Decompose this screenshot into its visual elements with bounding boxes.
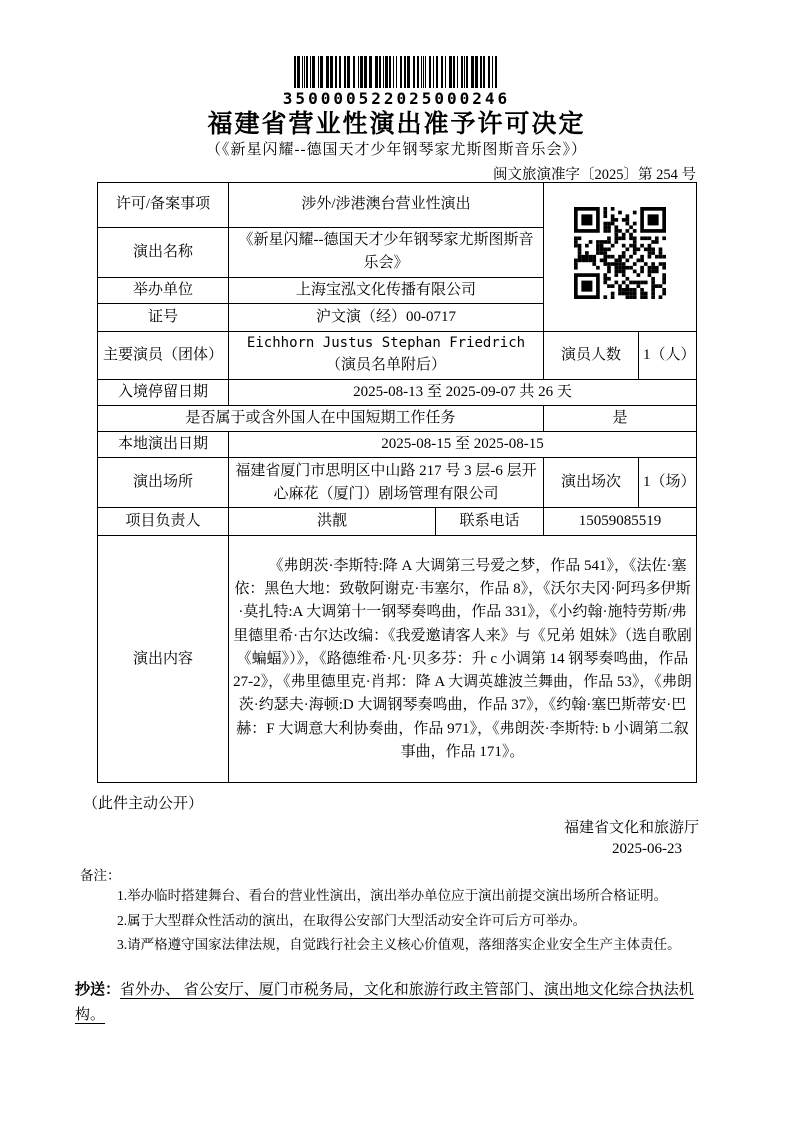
note-item: 3.请严格遵守国家法律法规，自觉践行社会主义核心价值观，落细落实企业安全生产主体… [117, 933, 717, 958]
phone-label: 联系电话 [436, 508, 544, 536]
permit-item-label: 许可/备案事项 [98, 183, 229, 228]
table-row: 主要演员（团体） Eichhorn Justus Stephan Friedri… [98, 331, 697, 379]
notes-list: 1.举办临时搭建舞台、看台的营业性演出，演出举办单位应于演出前提交演出场所合格证… [117, 884, 717, 958]
table-row: 演出内容 《弗朗茨·李斯特:降 A 大调第三号爱之梦，作品 541》，《法佐·塞… [98, 536, 697, 783]
table-row: 本地演出日期 2025-08-15 至 2025-08-15 [98, 432, 697, 458]
cert-no-value: 沪文演（经）00-0717 [229, 303, 544, 331]
qr-cell [544, 183, 697, 332]
barcode-image [292, 56, 502, 88]
main-performer-label: 主要演员（团体） [98, 331, 229, 379]
qr-code-image [574, 207, 666, 299]
entry-stay-label: 入境停留日期 [98, 379, 229, 405]
organizer-label: 举办单位 [98, 277, 229, 303]
cc-label: 抄送： [75, 982, 120, 998]
page-title: 福建省营业性演出准予许可决定 [0, 104, 793, 140]
permit-table: 许可/备案事项 涉外/涉港澳台营业性演出 演出名称 《新星闪耀--德国天才少年钢… [97, 182, 697, 783]
note-item: 1.举办临时搭建舞台、看台的营业性演出，演出举办单位应于演出前提交演出场所合格证… [117, 884, 717, 909]
short-term-work-label: 是否属于或含外国人在中国短期工作任务 [98, 405, 544, 431]
table-row: 演出场所 福建省厦门市思明区中山路 217 号 3 层-6 层开心麻花（厦门）剧… [98, 458, 697, 508]
entry-stay-value: 2025-08-13 至 2025-09-07 共 26 天 [229, 379, 697, 405]
performer-count-label: 演员人数 [544, 331, 639, 379]
performer-name: Eichhorn Justus Stephan Friedrich [233, 333, 539, 355]
cc-block: 抄送：省外办、 省公安厅、厦门市税务局，文化和旅游行政主管部门、演出地文化综合执… [75, 978, 707, 1028]
manager-value: 洪靓 [229, 508, 436, 536]
sessions-label: 演出场次 [544, 458, 639, 508]
local-date-label: 本地演出日期 [98, 432, 229, 458]
performer-count-value: 1（人） [639, 331, 697, 379]
sessions-value: 1（场） [639, 458, 697, 508]
phone-value: 15059085519 [544, 508, 697, 536]
organizer-value: 上海宝泓文化传播有限公司 [229, 277, 544, 303]
show-name-label: 演出名称 [98, 228, 229, 278]
content-label: 演出内容 [98, 536, 229, 783]
performer-note: （演员名单附后） [233, 354, 539, 377]
disclosure-note: （此件主动公开） [83, 792, 203, 813]
page-subtitle: （《新星闪耀--德国天才少年钢琴家尤斯图斯音乐会》） [0, 138, 793, 159]
permit-document-page: 350000522025000246 福建省营业性演出准予许可决定 （《新星闪耀… [0, 0, 793, 1122]
notes-label: 备注： [80, 864, 121, 884]
barcode-block: 350000522025000246 [0, 56, 793, 108]
venue-value: 福建省厦门市思明区中山路 217 号 3 层-6 层开心麻花（厦门）剧场管理有限… [229, 458, 544, 508]
local-date-value: 2025-08-15 至 2025-08-15 [229, 432, 697, 458]
issuing-authority: 福建省文化和旅游厅 [97, 816, 699, 837]
content-text: 《弗朗茨·李斯特:降 A 大调第三号爱之梦，作品 541》，《法佐·塞依：黑色大… [233, 555, 692, 764]
cc-value: 省外办、 省公安厅、厦门市税务局，文化和旅游行政主管部门、演出地文化综合执法机构… [75, 982, 694, 1023]
table-row: 项目负责人 洪靓 联系电话 15059085519 [98, 508, 697, 536]
manager-label: 项目负责人 [98, 508, 229, 536]
table-row: 入境停留日期 2025-08-13 至 2025-09-07 共 26 天 [98, 379, 697, 405]
cert-no-label: 证号 [98, 303, 229, 331]
content-value: 《弗朗茨·李斯特:降 A 大调第三号爱之梦，作品 541》，《法佐·塞依：黑色大… [229, 536, 697, 783]
issue-date: 2025-06-23 [97, 841, 682, 858]
document-number: 闽文旅演准字〔2025〕第 254 号 [97, 163, 696, 184]
show-name-value: 《新星闪耀--德国天才少年钢琴家尤斯图斯音乐会》 [229, 228, 544, 278]
short-term-work-value: 是 [544, 405, 697, 431]
table-row: 是否属于或含外国人在中国短期工作任务 是 [98, 405, 697, 431]
table-row: 许可/备案事项 涉外/涉港澳台营业性演出 [98, 183, 697, 228]
permit-item-value: 涉外/涉港澳台营业性演出 [229, 183, 544, 228]
main-performer-value: Eichhorn Justus Stephan Friedrich （演员名单附… [229, 331, 544, 379]
venue-label: 演出场所 [98, 458, 229, 508]
note-item: 2.属于大型群众性活动的演出，在取得公安部门大型活动安全许可后方可举办。 [117, 909, 717, 934]
